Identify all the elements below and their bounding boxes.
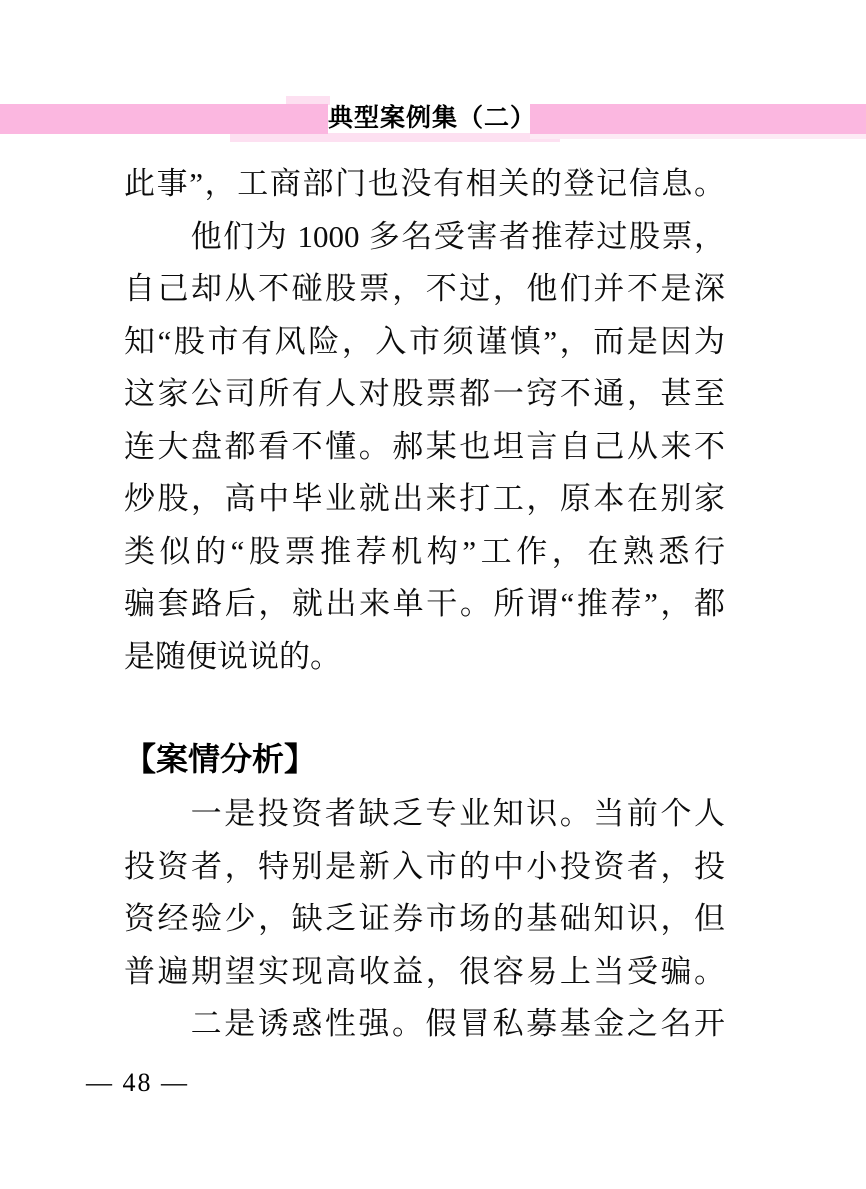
text-line: 类似的“股票推荐机构”工作，在熟悉行 [124,526,725,579]
header-ribbon-left [0,104,328,134]
text-line: 自己却从不碰股票，不过，他们并不是深 [124,263,725,316]
text-line: 资经验少，缺乏证券市场的基础知识，但 [124,893,725,946]
text-line: 二是诱惑性强。假冒私募基金之名开 [124,998,725,1051]
text-line: 骗套路后，就出来单干。所谓“推荐”，都 [124,578,725,631]
running-head-title: 典型案例集（二） [328,103,530,135]
text-line: 知“股市有风险，入市须谨慎”，而是因为 [124,316,725,369]
text-line: 炒股，高中毕业就出来打工，原本在别家 [124,473,725,526]
text-line: 一是投资者缺乏专业知识。当前个人 [124,788,725,841]
section-heading: 【案情分析】 [124,733,725,786]
text-line: 他们为 1000 多名受害者推荐过股票， [124,211,725,264]
body-text-lower: 一是投资者缺乏专业知识。当前个人 投资者，特别是新入市的中小投资者，投 资经验少… [124,788,725,1051]
text-line: 此事”，工商部门也没有相关的登记信息。 [124,158,725,211]
ribbon-accent-right [530,134,866,139]
text-line: 投资者，特别是新入市的中小投资者，投 [124,841,725,894]
body-text-upper: 此事”，工商部门也没有相关的登记信息。 他们为 1000 多名受害者推荐过股票，… [124,158,725,683]
text-line: 这家公司所有人对股票都一窍不通，甚至 [124,368,725,421]
book-page: 典型案例集（二） 此事”，工商部门也没有相关的登记信息。 他们为 1000 多名… [0,0,866,1189]
text-line: 普遍期望实现高收益，很容易上当受骗。 [124,946,725,999]
text-line: 连大盘都看不懂。郝某也坦言自己从来不 [124,421,725,474]
text-line: 是随便说说的。 [124,631,725,684]
page-number: — 48 — [86,1066,189,1100]
header-ribbon-right [530,104,866,134]
